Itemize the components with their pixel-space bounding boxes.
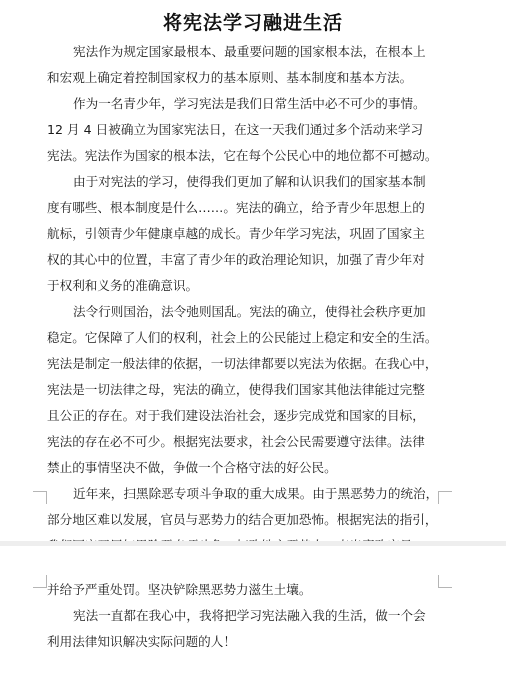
text-line: 和宏观上确定着控制国家权力的基本原则、基本制度和基本方法。 <box>47 65 439 91</box>
text-line: 宪法一直都在我心中，我将把学习宪法融入我的生活，做一个会 <box>47 603 439 629</box>
text-line: 宪法是一切法律之母，宪法的确立，使得我们国家其他法律能过完整 <box>47 377 439 403</box>
text-line: 航标，引领青少年健康卓越的成长。青少年学习宪法，巩固了国家主 <box>47 221 439 247</box>
text-line: 于权利和义务的准确意识。 <box>47 273 439 299</box>
document-page-2: 并给予严重处罚。坚决铲除黑恶势力滋生土壤。 宪法一直都在我心中，我将把学习宪法融… <box>0 546 506 695</box>
margin-corner-top-left-icon <box>33 575 47 588</box>
text-line: 并给予严重处罚。坚决铲除黑恶势力滋生土壤。 <box>47 577 439 603</box>
text-line: 近年来，扫黑除恶专项斗争取的重大成果。由于黑恶势力的统治， <box>47 481 439 507</box>
page-1-body: 宪法作为规定国家最根本、最重要问题的国家根本法，在根本上 和宏观上确定着控制国家… <box>47 39 439 559</box>
page-2-body: 并给予严重处罚。坚决铲除黑恶势力滋生土壤。 宪法一直都在我心中，我将把学习宪法融… <box>47 577 439 655</box>
text-line: 宪法是制定一般法律的依据，一切法律都要以宪法为依据。在我心中， <box>47 351 439 377</box>
margin-corner-bottom-left-icon <box>33 491 47 504</box>
text-line: 宪法作为规定国家最根本、最重要问题的国家根本法，在根本上 <box>47 39 439 65</box>
margin-corner-bottom-right-icon <box>438 491 452 504</box>
text-line: 作为一名青少年，学习宪法是我们日常生活中必不可少的事情。 <box>47 91 439 117</box>
document-title: 将宪法学习融进生活 <box>0 8 506 35</box>
text-line: 法令行则国治，法令弛则国乱。宪法的确立，使得社会秩序更加 <box>47 299 439 325</box>
document-page-1: 将宪法学习融进生活 宪法作为规定国家最根本、最重要问题的国家根本法，在根本上 和… <box>0 0 506 541</box>
text-line: 权的其心中的位置，丰富了青少年的政治理论知识，加强了青少年对 <box>47 247 439 273</box>
text-line: 宪法的存在必不可少。根据宪法要求，社会公民需要遵守法律。法律 <box>47 429 439 455</box>
margin-corner-top-right-icon <box>438 575 452 588</box>
text-line: 且公正的存在。对于我们建设法治社会，逐步完成党和国家的目标， <box>47 403 439 429</box>
text-line: 宪法。宪法作为国家的根本法，它在每个公民心中的地位都不可撼动。 <box>47 143 439 169</box>
text-line: 由于对宪法的学习，使得我们更加了解和认识我们的国家基本制 <box>47 169 439 195</box>
text-line: 度有哪些、根本制度是什么……。宪法的确立，给予青少年思想上的 <box>47 195 439 221</box>
text-line: 禁止的事情坚决不做，争做一个合格守法的好公民。 <box>47 455 439 481</box>
text-line: 稳定。它保障了人们的权利，社会上的公民能过上稳定和安全的生活。 <box>47 325 439 351</box>
text-line: 部分地区难以发展，官员与恶势力的结合更加恐怖。根据宪法的指引， <box>47 507 439 533</box>
text-line: 利用法律知识解决实际问题的人！ <box>47 629 439 655</box>
text-line: 12 月 4 日被确立为国家宪法日，在这一天我们通过多个活动来学习 <box>47 117 439 143</box>
